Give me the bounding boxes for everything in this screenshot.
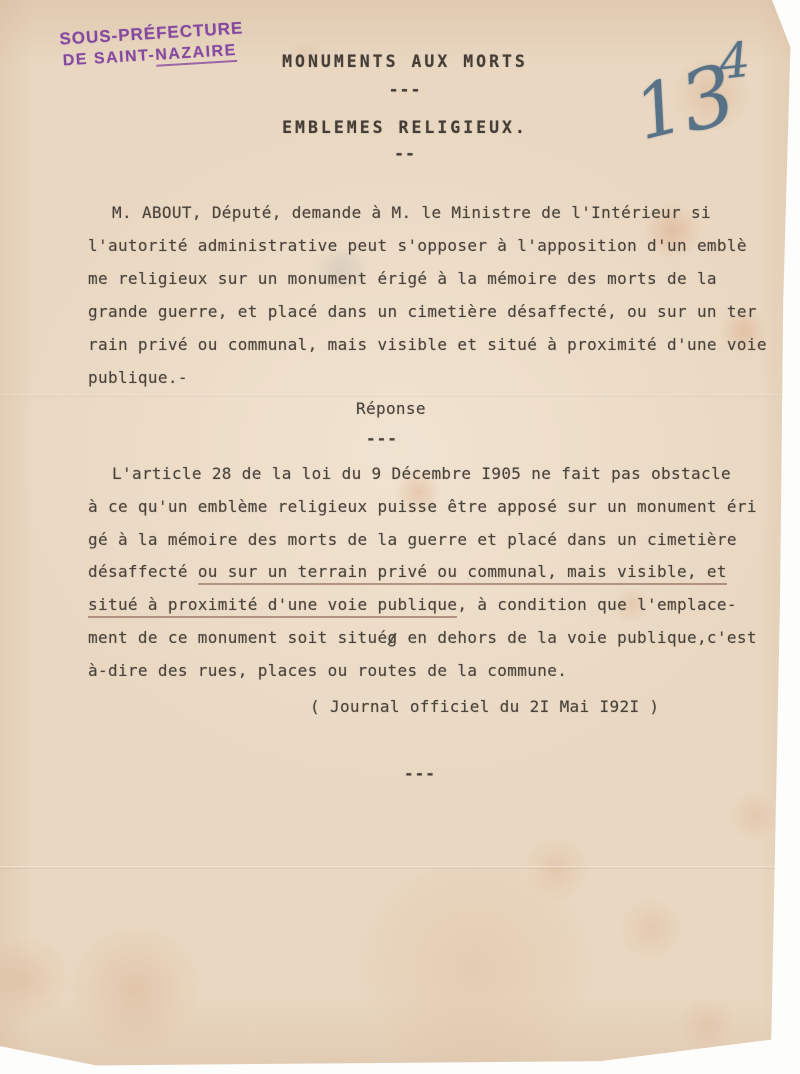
response-line: gé à la mémoire des morts de la guerre e… <box>88 530 737 550</box>
response-line-plain: ment de ce monument soit situé <box>88 628 387 647</box>
response-heading: Réponse <box>356 399 426 419</box>
stain <box>616 900 686 958</box>
scanned-document: SOUS-PRÉFECTURE DE SAINT-NAZAIRE 134 MON… <box>0 0 800 1074</box>
question-line: rain privé ou communal, mais visible et … <box>88 335 767 355</box>
response-line-plain: en dehors de la voie publique,c'est <box>397 628 756 647</box>
handwritten-page-number: 134 <box>624 36 773 160</box>
question-line: publique.- <box>88 368 188 388</box>
stain <box>520 840 592 900</box>
underlined-passage: situé à proximité d'une voie publique <box>88 595 457 618</box>
closing-dashes: --- <box>404 764 436 784</box>
response-line: désaffecté ou sur un terrain privé ou co… <box>88 562 727 582</box>
response-line-plain: , à condition que l'emplace- <box>457 595 737 614</box>
response-line: à-dire des rues, places ou routes de la … <box>88 661 567 681</box>
question-line: grande guerre, et placé dans un cimetièr… <box>88 302 757 322</box>
handwritten-digit: 4 <box>717 32 753 91</box>
doc-title: MONUMENTS AUX MORTS <box>205 52 605 71</box>
journal-reference: ( Journal officiel du 2I Mai I92I ) <box>310 697 659 717</box>
response-heading-dashes: --- <box>366 429 398 449</box>
paper-sheet: SOUS-PRÉFECTURE DE SAINT-NAZAIRE 134 MON… <box>0 0 800 1074</box>
response-line: L'article 28 de la loi du 9 Décembre I90… <box>112 464 731 484</box>
response-line: ment de ce monument soit situég en dehor… <box>88 628 757 648</box>
response-line: situé à proximité d'une voie publique, à… <box>88 595 737 615</box>
struck-out-character: g <box>387 628 397 648</box>
stain <box>728 792 782 840</box>
stain <box>345 865 605 1074</box>
question-line: l'autorité administrative peut s'opposer… <box>88 236 747 256</box>
stain <box>672 1000 742 1048</box>
question-line: me religieux sur un monument érigé à la … <box>88 269 717 289</box>
stamp-line2-prefix: DE SAINT- <box>62 47 155 70</box>
fold-crease <box>0 866 786 869</box>
response-line-plain: désaffecté <box>88 562 198 581</box>
question-line: M. ABOUT, Député, demande à M. le Minist… <box>112 203 711 223</box>
underlined-passage: ou sur un terrain privé ou communal, mai… <box>198 562 727 585</box>
stain <box>60 930 210 1050</box>
doc-subtitle-dashes: -- <box>205 144 605 163</box>
response-line: à ce qu'un emblème religieux puisse être… <box>88 497 757 517</box>
doc-title-dashes: --- <box>205 80 605 99</box>
fold-crease <box>0 394 786 397</box>
stain <box>0 935 70 1025</box>
doc-subtitle: EMBLEMES RELIGIEUX. <box>205 118 605 137</box>
